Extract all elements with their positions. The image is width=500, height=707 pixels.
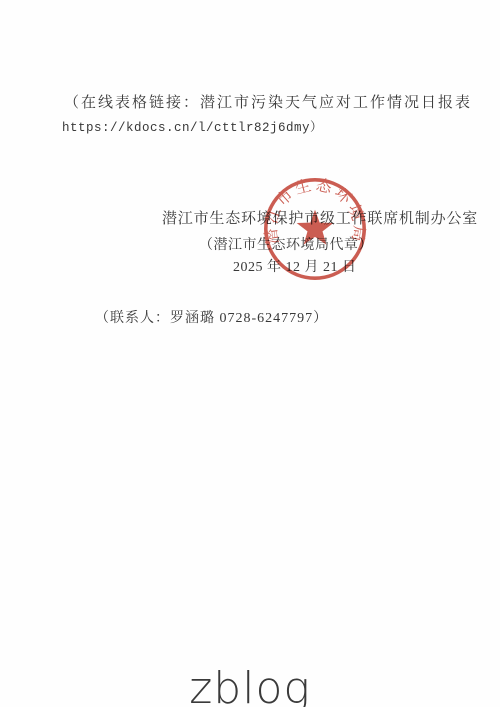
official-seal-stamp: 潜江市生态环境局	[244, 158, 386, 300]
zblog-watermark: zblog	[0, 667, 500, 707]
contact-person-line: （联系人：罗涵璐 0728-6247797）	[95, 312, 328, 326]
scanned-document-page: （在线表格链接：潜江市污染天气应对工作情况日报表 https://kdocs.c…	[0, 0, 500, 707]
online-form-link-label: （在线表格链接：潜江市污染天气应对工作情况日报表	[64, 96, 472, 111]
star-icon	[297, 210, 334, 245]
document-url-text: https://kdocs.cn/l/cttlr82j6dmy）	[62, 122, 323, 135]
